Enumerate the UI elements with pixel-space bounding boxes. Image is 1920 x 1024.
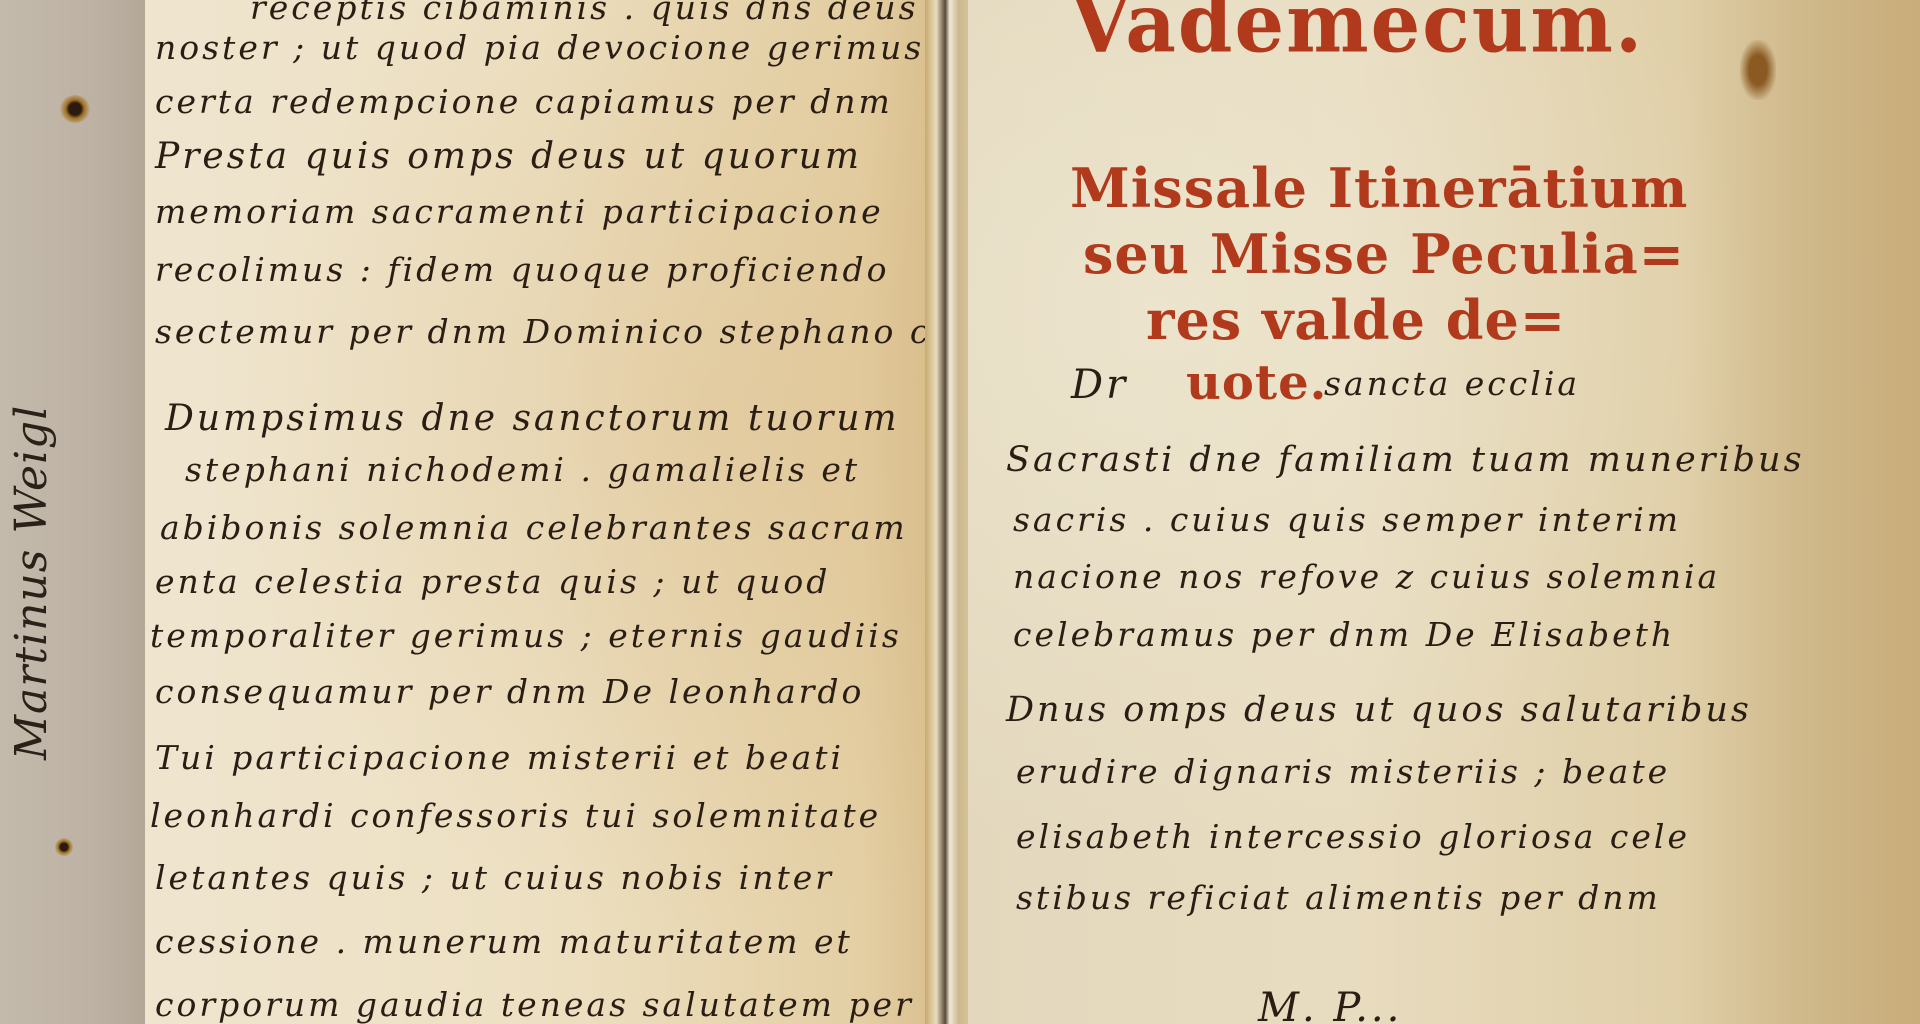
handwritten-line: Tui participacione misterii et beati [155,738,844,777]
handwritten-line: temporaliter gerimus ; eternis gaudiis [150,616,902,655]
handwritten-line: recolimus : fidem quoque proficiendo [155,250,890,289]
handwritten-line: sacris . cuius quis semper interim [1013,500,1681,539]
right-page: Vademecum. Missale Itinerātium seu Misse… [968,0,1920,1024]
printed-subtitle-line: uote. [1186,355,1327,411]
handwritten-line: stibus reficiat alimentis per dnm [1016,878,1661,917]
ink-stain [55,838,73,856]
ink-stain [1740,40,1776,100]
handwritten-line: corporum gaudia teneas salutatem per [155,985,914,1024]
handwritten-line: sectemur per dnm Dominico stephano co [155,312,954,351]
ink-stain [60,95,90,123]
book-gutter [925,0,970,1024]
handwritten-line: abibonis solemnia celebrantes sacram [160,508,908,547]
handwritten-line: Dnus omps deus ut quos salutaribus [1006,690,1752,730]
handwritten-line: Dumpsimus dne sanctorum tuorum [165,398,900,439]
handwritten-line: certa redempcione capiamus per dnm [155,82,893,121]
printed-subtitle-line: res valde de= [1146,288,1566,352]
handwritten-line: consequamur per dnm De leonhardo [155,672,864,711]
handwritten-line: Sacrasti dne familiam tuam muneribus [1006,440,1805,480]
handwritten-line: M. P... [1258,985,1402,1024]
handwritten-line: nacione nos refove z cuius solemnia [1013,557,1720,596]
margin-note: Dr [1071,362,1128,408]
printed-title: Vademecum. [1070,0,1644,71]
left-page: receptis cibaminis . quis dns deus noste… [145,0,940,1024]
handwritten-rubric: sancta ecclia [1324,364,1580,403]
printed-subtitle-line: Missale Itinerātium [1070,156,1688,220]
handwritten-line: erudire dignaris misteriis ; beate [1016,752,1670,791]
handwritten-line: enta celestia presta quis ; ut quod [155,562,830,601]
handwritten-line: stephani nichodemi . gamalielis et [185,450,860,489]
handwritten-line: leonhardi confessoris tui solemnitate [150,796,881,835]
printed-subtitle-line: seu Misse Peculia= [1083,222,1685,286]
handwritten-line: cessione . munerum maturitatem et [155,922,853,961]
book-binding: Martinus Weigl [0,0,150,1024]
handwritten-line: noster ; ut quod pia devocione gerimus ; [155,28,952,67]
handwritten-line: elisabeth intercessio gloriosa cele [1016,817,1690,856]
owner-signature: Martinus Weigl [6,405,57,760]
handwritten-line: celebramus per dnm De Elisabeth [1013,615,1675,654]
handwritten-line: Presta quis omps deus ut quorum [155,136,862,177]
handwritten-line: memoriam sacramenti participacione [155,192,884,231]
handwritten-line: letantes quis ; ut cuius nobis inter [155,858,834,897]
handwritten-line: receptis cibaminis . quis dns deus [250,0,919,27]
